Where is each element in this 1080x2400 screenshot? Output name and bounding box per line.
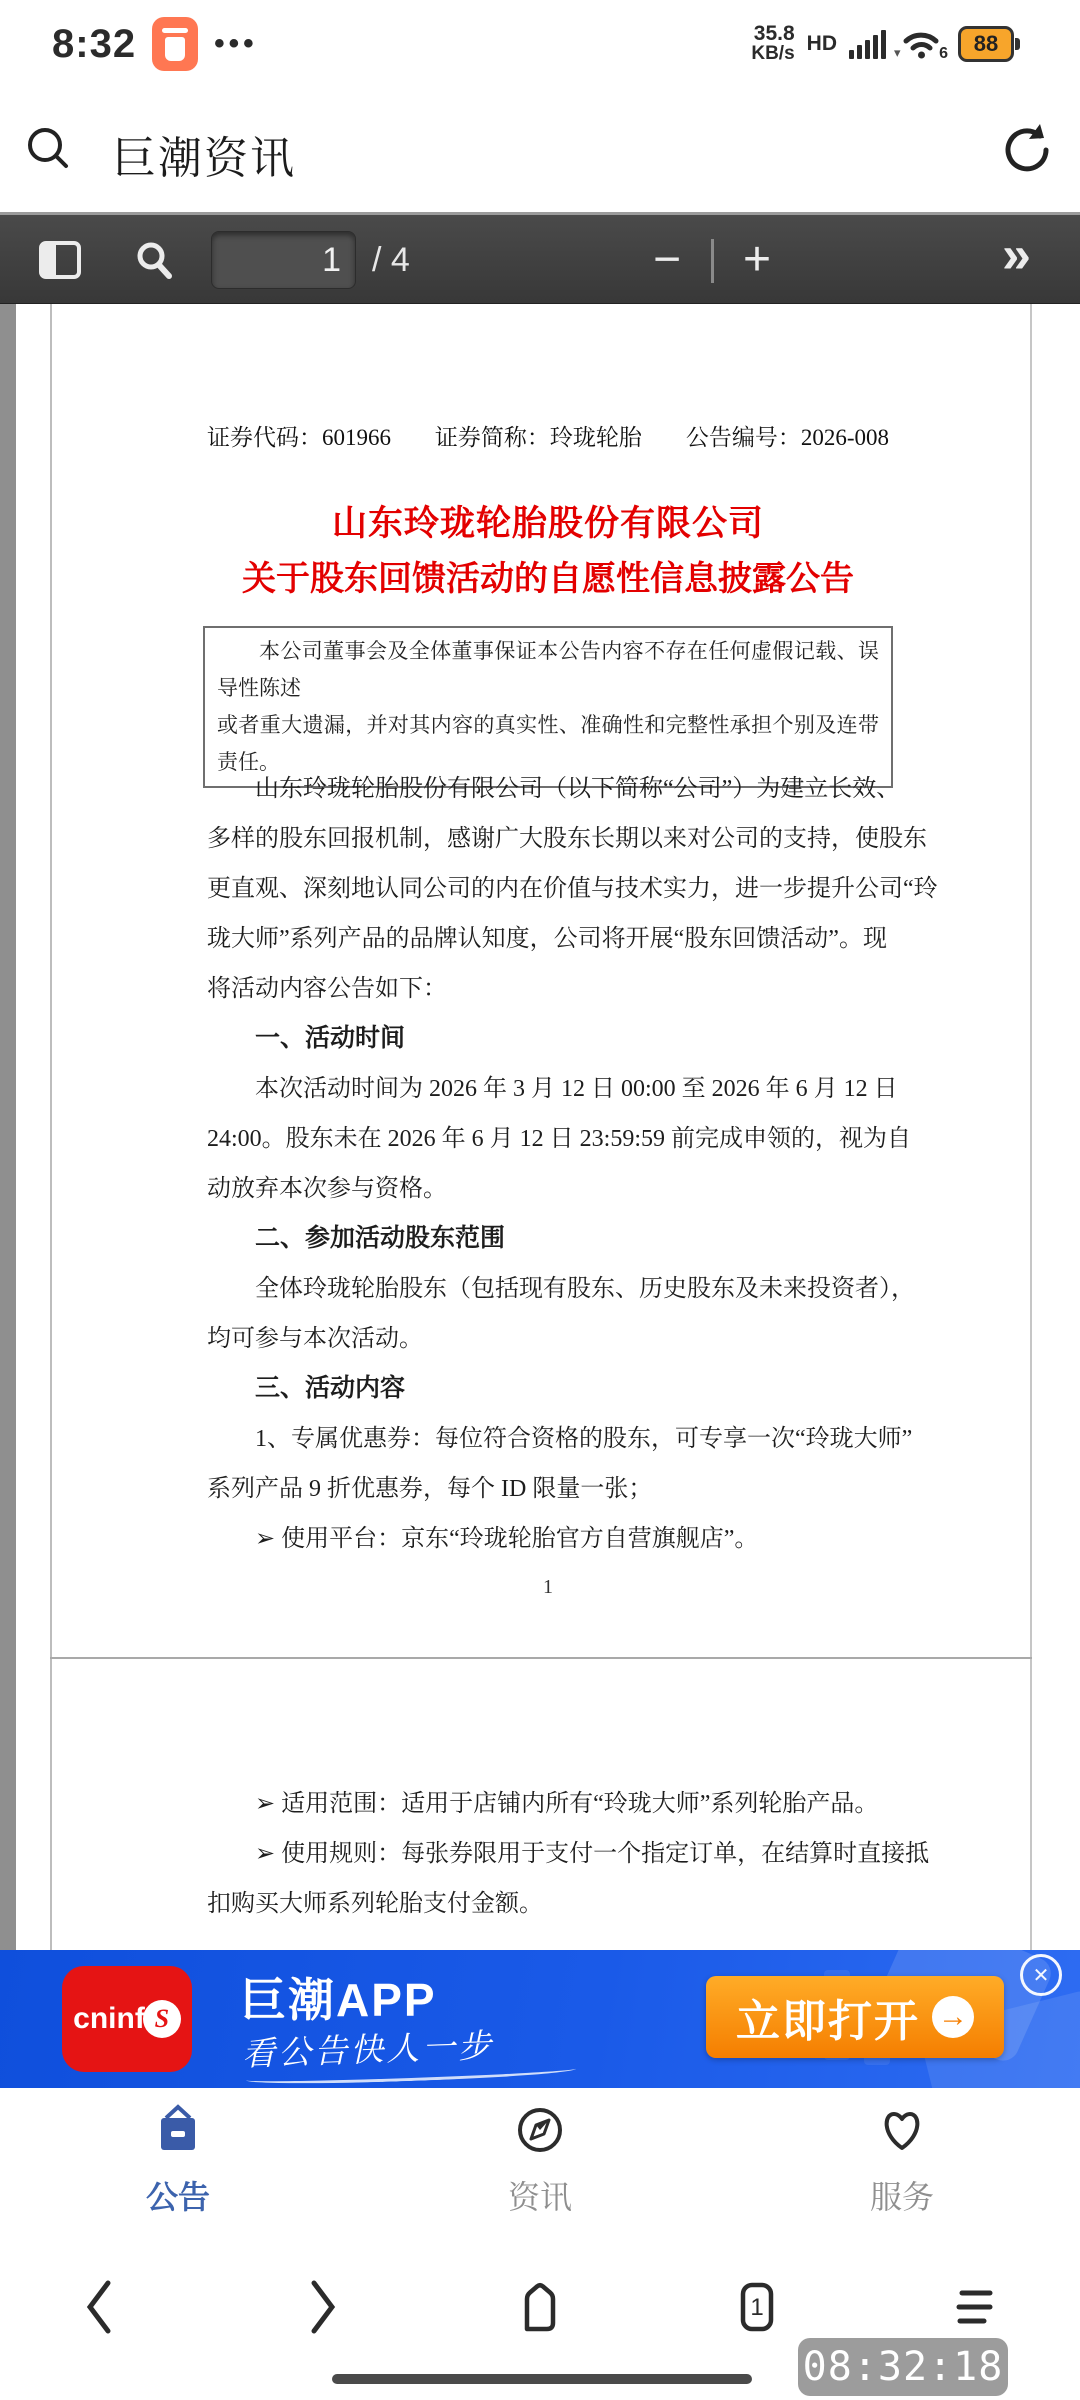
cninfo-logo-mark-icon: S bbox=[143, 2000, 181, 2038]
battery-percent: 88 bbox=[974, 31, 998, 57]
doc-line: 均可参与本次活动。 bbox=[207, 1314, 889, 1364]
disclaimer-line: 本公司董事会及全体董事保证本公告内容不存在任何虚假记载、误导性陈述 bbox=[217, 633, 879, 707]
pdf-viewport[interactable]: 证券代码：601966 证券简称：玲珑轮胎 公告编号：2026-008 山东玲珑… bbox=[0, 304, 1080, 1950]
refresh-icon[interactable] bbox=[1000, 122, 1052, 174]
doc-line: 山东玲珑轮胎股份有限公司（以下简称“公司”）为建立长效、 bbox=[207, 764, 889, 814]
doc-line: 24:00。股东未在 2026 年 6 月 12 日 23:59:59 前完成申… bbox=[207, 1114, 889, 1164]
bottom-navigation: 公告 资讯 服务 bbox=[0, 2088, 1080, 2258]
pdf-toolbar: / 4 − + » bbox=[0, 212, 1080, 304]
banner-app-name: 巨潮APP bbox=[240, 1964, 437, 2030]
network-speed: 35.8 KB/s bbox=[751, 24, 794, 64]
page-break-line bbox=[50, 1657, 1032, 1659]
signal-bars-icon bbox=[849, 29, 886, 59]
doc-line: 1、专属优惠券：每位符合资格的股东，可专享一次“玲珑大师” bbox=[207, 1414, 889, 1464]
sidebar-toggle-icon[interactable] bbox=[38, 239, 82, 281]
doc-line: 更直观、深刻地认同公司的内在价值与技术实力，进一步提升公司“玲 bbox=[207, 864, 889, 914]
doc-line: 多样的股东回报机制，感谢广大股东长期以来对公司的支持，使股东 bbox=[207, 814, 889, 864]
doc-bullet-line: ➢ 使用规则：每张券限用于支付一个指定订单，在结算时直接抵 bbox=[207, 1829, 889, 1879]
announcement-icon bbox=[150, 2102, 206, 2158]
home-button[interactable] bbox=[505, 2272, 575, 2342]
viewer-left-gutter bbox=[0, 304, 16, 1950]
doc-section-heading: 二、参加活动股东范围 bbox=[207, 1214, 889, 1264]
page-1-number: 1 bbox=[207, 1576, 889, 1599]
doc-line: 将活动内容公告如下： bbox=[207, 964, 889, 1014]
open-app-button[interactable]: 立即打开 → bbox=[706, 1976, 1004, 2058]
arrow-right-icon: → bbox=[932, 1996, 974, 2038]
cninfo-logo-text: cninf bbox=[73, 2002, 145, 2036]
tabs-button[interactable]: 1 bbox=[722, 2272, 792, 2342]
banner-close-icon[interactable]: ✕ bbox=[1020, 1954, 1062, 1996]
announcement-number: 公告编号：2026-008 bbox=[686, 419, 889, 452]
security-code: 证券代码：601966 bbox=[207, 419, 391, 452]
open-app-label: 立即打开 bbox=[736, 1985, 920, 2049]
doc-line: 系列产品 9 折优惠券，每个 ID 限量一张； bbox=[207, 1464, 889, 1514]
wifi-icon: ▾ 6 bbox=[898, 27, 946, 61]
doc-bullet-line: ➢ 适用范围：适用于店铺内所有“玲珑大师”系列轮胎产品。 bbox=[207, 1779, 889, 1829]
nav-label: 公告 bbox=[146, 2172, 210, 2218]
status-bar: 8:32 ••• 35.8 KB/s HD ▾ 6 88 bbox=[0, 0, 1080, 88]
doc-page2-body: ➢ 适用范围：适用于店铺内所有“玲珑大师”系列轮胎产品。 ➢ 使用规则：每张券限… bbox=[207, 1779, 889, 1929]
wifi6-badge: 6 bbox=[939, 45, 948, 63]
toolbar-more-chevrons[interactable]: » bbox=[1002, 225, 1031, 285]
nav-item-services[interactable]: 服务 bbox=[802, 2102, 1002, 2218]
toolbar-divider bbox=[711, 239, 714, 283]
zoom-out-button[interactable]: − bbox=[642, 229, 692, 289]
svg-text:1: 1 bbox=[750, 2294, 763, 2321]
doc-header-row: 证券代码：601966 证券简称：玲珑轮胎 公告编号：2026-008 bbox=[207, 419, 889, 452]
doc-line: 扣购买大师系列轮胎支付金额。 bbox=[207, 1879, 889, 1929]
doc-company-title: 山东玲珑轮胎股份有限公司 bbox=[207, 496, 889, 546]
app-promo-banner[interactable]: cninf S 巨潮APP 看公告快人一步 立即打开 → ✕ bbox=[0, 1950, 1080, 2088]
doc-line: 本次活动时间为 2026 年 3 月 12 日 00:00 至 2026 年 6… bbox=[207, 1064, 889, 1114]
page-title[interactable]: 巨潮资讯 bbox=[112, 122, 296, 186]
notification-app-icon bbox=[152, 17, 198, 71]
nav-label: 服务 bbox=[870, 2172, 934, 2218]
doc-section-heading: 一、活动时间 bbox=[207, 1014, 889, 1064]
doc-body: 山东玲珑轮胎股份有限公司（以下简称“公司”）为建立长效、 多样的股东回报机制，感… bbox=[207, 764, 889, 1564]
doc-line: 动放弃本次参与资格。 bbox=[207, 1164, 889, 1214]
browser-title-bar[interactable]: 巨潮资讯 bbox=[0, 88, 1080, 212]
notification-overflow-dots-icon: ••• bbox=[214, 27, 258, 61]
hd-indicator: HD bbox=[807, 32, 837, 56]
doc-line: 珑大师”系列产品的品牌认知度，公司将开展“股东回馈活动”。现 bbox=[207, 914, 889, 964]
page-total: / 4 bbox=[372, 241, 410, 280]
page-number-input[interactable] bbox=[211, 231, 356, 289]
heart-icon bbox=[874, 2102, 930, 2158]
battery-icon: 88 bbox=[958, 26, 1022, 62]
menu-button[interactable] bbox=[940, 2272, 1010, 2342]
compass-icon bbox=[512, 2102, 568, 2158]
gesture-bar[interactable] bbox=[332, 2374, 752, 2384]
status-time: 8:32 bbox=[52, 22, 136, 67]
security-name: 证券简称：玲珑轮胎 bbox=[435, 419, 642, 452]
forward-button[interactable] bbox=[287, 2272, 357, 2342]
zoom-in-button[interactable]: + bbox=[732, 229, 782, 289]
nav-item-news[interactable]: 资讯 bbox=[440, 2102, 640, 2218]
search-icon[interactable] bbox=[24, 124, 72, 172]
nav-label: 资讯 bbox=[508, 2172, 572, 2218]
android-navigation-bar: 1 08:32:18 bbox=[0, 2258, 1080, 2400]
doc-bullet-line: ➢ 使用平台：京东“玲珑轮胎官方自营旗舰店”。 bbox=[207, 1514, 889, 1564]
doc-announcement-title: 关于股东回馈活动的自愿性信息披露公告 bbox=[207, 551, 889, 600]
doc-line: 全体玲珑轮胎股东（包括现有股东、历史股东及未来投资者）， bbox=[207, 1264, 889, 1314]
screen-clock-overlay: 08:32:18 bbox=[798, 2338, 1008, 2396]
doc-section-heading: 三、活动内容 bbox=[207, 1364, 889, 1414]
cninfo-app-logo: cninf S bbox=[62, 1966, 192, 2072]
network-activity-icon: ▾ bbox=[894, 45, 901, 61]
find-in-document-icon[interactable] bbox=[132, 239, 176, 281]
nav-item-announcements[interactable]: 公告 bbox=[78, 2102, 278, 2218]
back-button[interactable] bbox=[65, 2272, 135, 2342]
